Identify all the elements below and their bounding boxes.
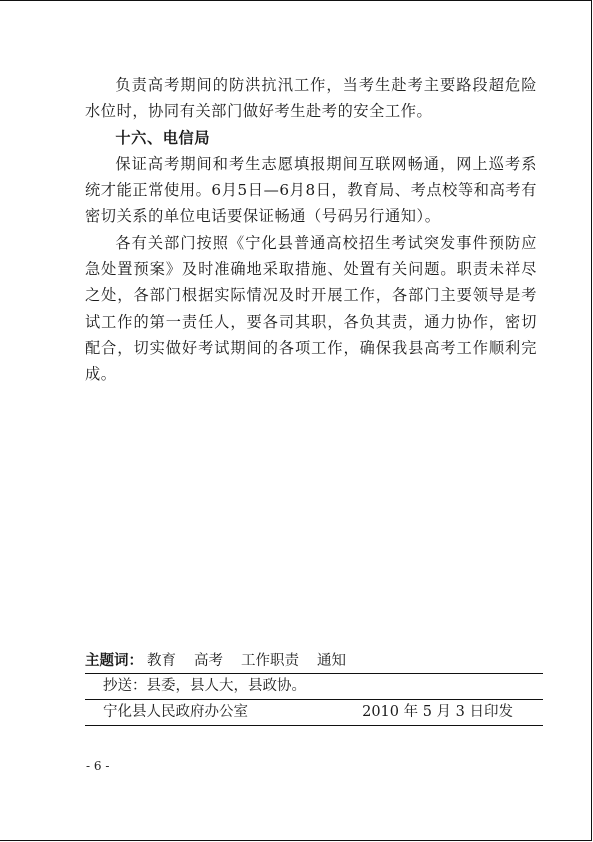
document-body: 负责高考期间的防洪抗汛工作，当考生赴考主要路段超危险水位时，协同有关部门做好考生…	[85, 72, 537, 388]
keywords-row: 主题词：教育高考工作职责通知	[85, 649, 543, 674]
page-number: - 6 -	[86, 759, 109, 773]
issue-date: 2010 年 5 月 3 日印发	[362, 700, 513, 725]
paragraph-closing: 各有关部门按照《宁化县普通高校招生考试突发事件预防应急处置预案》及时准确地采取措…	[85, 230, 537, 388]
keywords-label: 主题词：	[85, 653, 143, 669]
section-heading-telecom: 十六、电信局	[85, 125, 537, 151]
paragraph-flood-control: 负责高考期间的防洪抗汛工作，当考生赴考主要路段超危险水位时，协同有关部门做好考生…	[85, 72, 537, 125]
keyword: 工作职责	[241, 653, 299, 669]
issuer-row: 宁化县人民政府办公室 2010 年 5 月 3 日印发	[85, 700, 543, 726]
keyword: 高考	[194, 653, 223, 669]
keyword: 通知	[317, 653, 346, 669]
cc-row: 抄送：县委，县人大，县政协。	[85, 674, 543, 700]
keyword: 教育	[147, 653, 176, 669]
document-footer: 主题词：教育高考工作职责通知 抄送：县委，县人大，县政协。 宁化县人民政府办公室…	[85, 649, 543, 726]
paragraph-telecom-duties: 保证高考期间和考生志愿填报期间互联网畅通，网上巡考系统才能正常使用。6月5日—6…	[85, 151, 537, 230]
issuer: 宁化县人民政府办公室	[103, 704, 248, 720]
document-page: 负责高考期间的防洪抗汛工作，当考生赴考主要路段超危险水位时，协同有关部门做好考生…	[0, 0, 592, 841]
